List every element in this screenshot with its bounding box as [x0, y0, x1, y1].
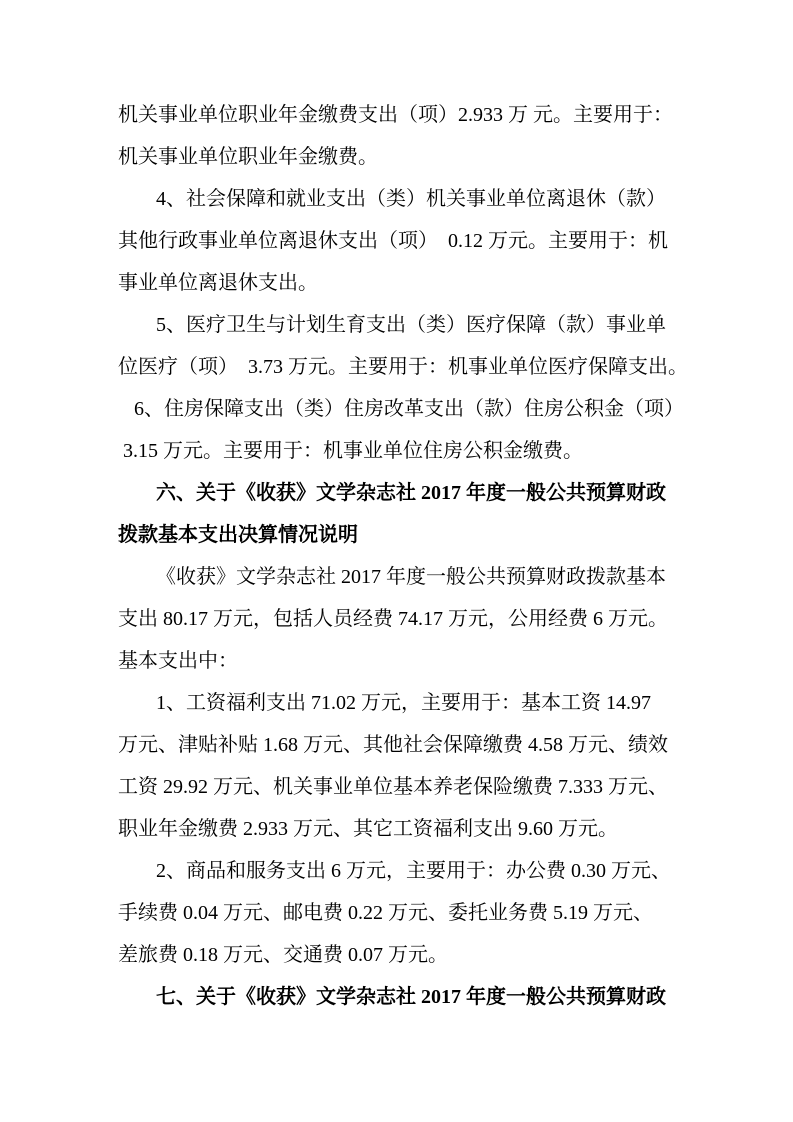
text-line: 6、住房保障支出（类）住房改革支出（款）住房公积金（项）: [118, 388, 693, 430]
text-line: 机关事业单位职业年金缴费。: [118, 136, 693, 178]
section-heading-line: 七、关于《收获》文学杂志社 2017 年度一般公共预算财政: [118, 976, 693, 1018]
text-line: 支出 80.17 万元，包括人员经费 74.17 万元，公用经费 6 万元。: [118, 598, 693, 640]
text-line: 4、社会保障和就业支出（类）机关事业单位离退休（款）: [118, 178, 693, 220]
text-line: 3.15 万元。主要用于：机事业单位住房公积金缴费。: [118, 430, 693, 472]
text-line: 《收获》文学杂志社 2017 年度一般公共预算财政拨款基本: [118, 556, 693, 598]
document-page: 机关事业单位职业年金缴费支出（项）2.933 万 元。主要用于： 机关事业单位职…: [0, 0, 793, 1122]
text-line: 基本支出中：: [118, 640, 693, 682]
section-heading-line: 拨款基本支出决算情况说明: [118, 514, 693, 556]
text-line: 差旅费 0.18 万元、交通费 0.07 万元。: [118, 934, 693, 976]
text-line: 其他行政事业单位离退休支出（项） 0.12 万元。主要用于：机: [118, 220, 693, 262]
text-line: 手续费 0.04 万元、邮电费 0.22 万元、委托业务费 5.19 万元、: [118, 892, 693, 934]
document-body: 机关事业单位职业年金缴费支出（项）2.933 万 元。主要用于： 机关事业单位职…: [118, 94, 693, 1018]
text-line: 万元、津贴补贴 1.68 万元、其他社会保障缴费 4.58 万元、绩效: [118, 724, 693, 766]
text-line: 事业单位离退休支出。: [118, 262, 693, 304]
text-line: 位医疗（项） 3.73 万元。主要用于：机事业单位医疗保障支出。: [118, 346, 693, 388]
section-heading-line: 六、关于《收获》文学杂志社 2017 年度一般公共预算财政: [118, 472, 693, 514]
text-line: 职业年金缴费 2.933 万元、其它工资福利支出 9.60 万元。: [118, 808, 693, 850]
text-line: 机关事业单位职业年金缴费支出（项）2.933 万 元。主要用于：: [118, 94, 693, 136]
text-line: 5、医疗卫生与计划生育支出（类）医疗保障（款）事业单: [118, 304, 693, 346]
text-line: 1、工资福利支出 71.02 万元，主要用于：基本工资 14.97: [118, 682, 693, 724]
text-line: 工资 29.92 万元、机关事业单位基本养老保险缴费 7.333 万元、: [118, 766, 693, 808]
text-line: 2、商品和服务支出 6 万元，主要用于：办公费 0.30 万元、: [118, 850, 693, 892]
